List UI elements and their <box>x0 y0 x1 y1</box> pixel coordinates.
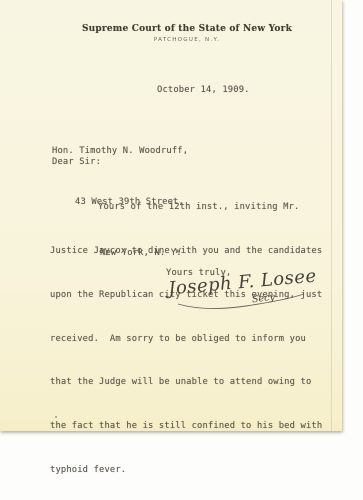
letterhead-title: Supreme Court of the State of New York <box>32 24 342 34</box>
signature-flourish-icon <box>176 290 306 314</box>
letter-paper: Supreme Court of the State of New York P… <box>0 0 342 431</box>
letterhead: Supreme Court of the State of New York P… <box>0 24 342 43</box>
paper-crease <box>331 0 332 431</box>
letter-body: Yours of the 12th inst., inviting Mr. Ju… <box>50 171 322 500</box>
letterhead-location: PATCHOGUE, N.Y. <box>32 37 342 43</box>
salutation: Dear Sir: <box>52 157 101 167</box>
body-line: that the Judge will be unable to attend … <box>50 375 322 390</box>
body-line: typhoid fever. <box>50 463 322 478</box>
body-line: received. Am sorry to be obliged to info… <box>50 332 322 347</box>
body-line: the fact that he is still confined to hi… <box>50 419 322 434</box>
scanned-letter: Supreme Court of the State of New York P… <box>0 0 363 500</box>
body-line: Yours of the 12th inst., inviting Mr. <box>50 200 322 215</box>
paper-speck <box>55 416 57 418</box>
letter-date: October 14, 1909. <box>157 85 250 95</box>
body-line: Justice Jaycox to dine with you and the … <box>50 244 322 259</box>
